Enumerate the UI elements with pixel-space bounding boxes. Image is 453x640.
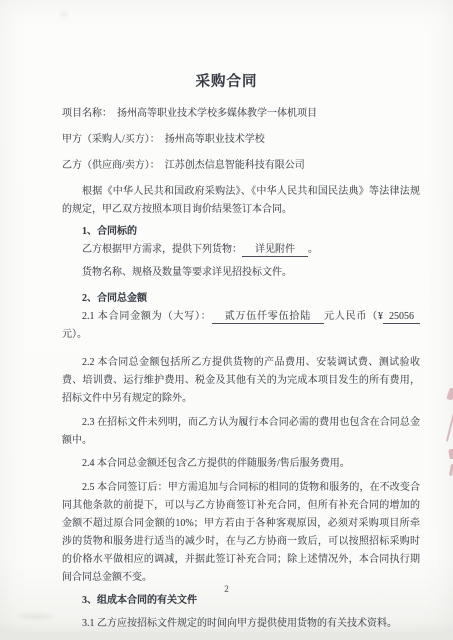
party-b-label: 乙方（供应商/卖方）： bbox=[62, 160, 160, 171]
contract-amount-words: 贰万伍仟零伍拾陆 bbox=[212, 311, 324, 324]
page-number: 2 bbox=[0, 584, 453, 594]
clause-2-1-end: 元）。 bbox=[62, 329, 87, 340]
clause-3-1: 3.1 乙方应按招标文件规定的时间向甲方提供使用货物的有关技术资料。 bbox=[62, 615, 420, 633]
party-b-value: 江苏创杰信息智能科技有限公司 bbox=[165, 160, 305, 171]
legal-preamble: 根据《中华人民共和国政府采购法》、《中华人民共和国民法典》等法律法规的规定，甲乙… bbox=[62, 183, 420, 219]
party-a-value: 扬州高等职业技术学校 bbox=[165, 134, 265, 145]
scan-bottom-edge bbox=[0, 633, 453, 640]
party-b-line: 乙方（供应商/卖方）：江苏创杰信息智能科技有限公司 bbox=[62, 157, 420, 174]
section-2-heading: 2、合同总金额 bbox=[62, 290, 420, 307]
party-a-label: 甲方（采购人/买方）： bbox=[62, 134, 160, 145]
document-title: 采购合同 bbox=[0, 70, 453, 91]
clause-1-2: 货物名称、规格及数量等要求详见招投标文件。 bbox=[62, 264, 420, 282]
contract-amount-digits: 25056 bbox=[383, 311, 420, 324]
scan-smudge bbox=[60, 12, 68, 16]
red-stamp-mark bbox=[448, 449, 453, 460]
clause-1-1-text: 乙方根据甲方需求，提供下列货物： bbox=[82, 244, 242, 255]
clause-1-1: 乙方根据甲方需求，提供下列货物：详见附件。 bbox=[62, 241, 420, 259]
clause-2-1-text: 2.1 本合同金额为（大写）： bbox=[82, 311, 212, 322]
clause-2-5: 2.5 本合同签订后：甲方需追加与合同标的相同的货物和服务的，在不改变合同其他条… bbox=[62, 479, 420, 587]
project-name-value: 扬州高等职业技术学校多媒体教学一体机项目 bbox=[117, 108, 317, 119]
party-a-line: 甲方（采购人/买方）：扬州高等职业技术学校 bbox=[62, 131, 420, 148]
clause-2-1-mid: 元人民币（¥ bbox=[324, 311, 383, 322]
project-name-line: 项目名称：扬州高等职业技术学校多媒体教学一体机项目 bbox=[62, 105, 420, 122]
clause-2-1: 2.1 本合同金额为（大写）：贰万伍仟零伍拾陆元人民币（¥25056元）。 bbox=[62, 308, 420, 344]
clause-1-1-end: 。 bbox=[308, 244, 318, 255]
scanned-contract-page: 采购合同 项目名称：扬州高等职业技术学校多媒体教学一体机项目 甲方（采购人/买方… bbox=[0, 0, 453, 640]
clause-2-2: 2.2 本合同总金额包括所乙方提供货物的产品费用、安装调试费、测试验收费、培训费… bbox=[62, 354, 420, 408]
section-1-heading: 1、合同标的 bbox=[62, 223, 420, 240]
clause-2-3: 2.3 在招标文件未列明，而乙方认为履行本合同必需的费用也包含在合同总金额中。 bbox=[62, 414, 420, 450]
scan-smudge bbox=[18, 614, 52, 619]
goods-blank-value: 详见附件 bbox=[242, 244, 308, 257]
project-name-label: 项目名称： bbox=[62, 108, 112, 119]
contract-body: 采购合同 项目名称：扬州高等职业技术学校多媒体教学一体机项目 甲方（采购人/买方… bbox=[0, 0, 453, 640]
clause-2-4: 2.4 本合同总金额还包含乙方提供的伴随服务/售后服务费用。 bbox=[62, 455, 420, 473]
section-3-heading: 3、组成本合同的有关文件 bbox=[62, 592, 420, 609]
